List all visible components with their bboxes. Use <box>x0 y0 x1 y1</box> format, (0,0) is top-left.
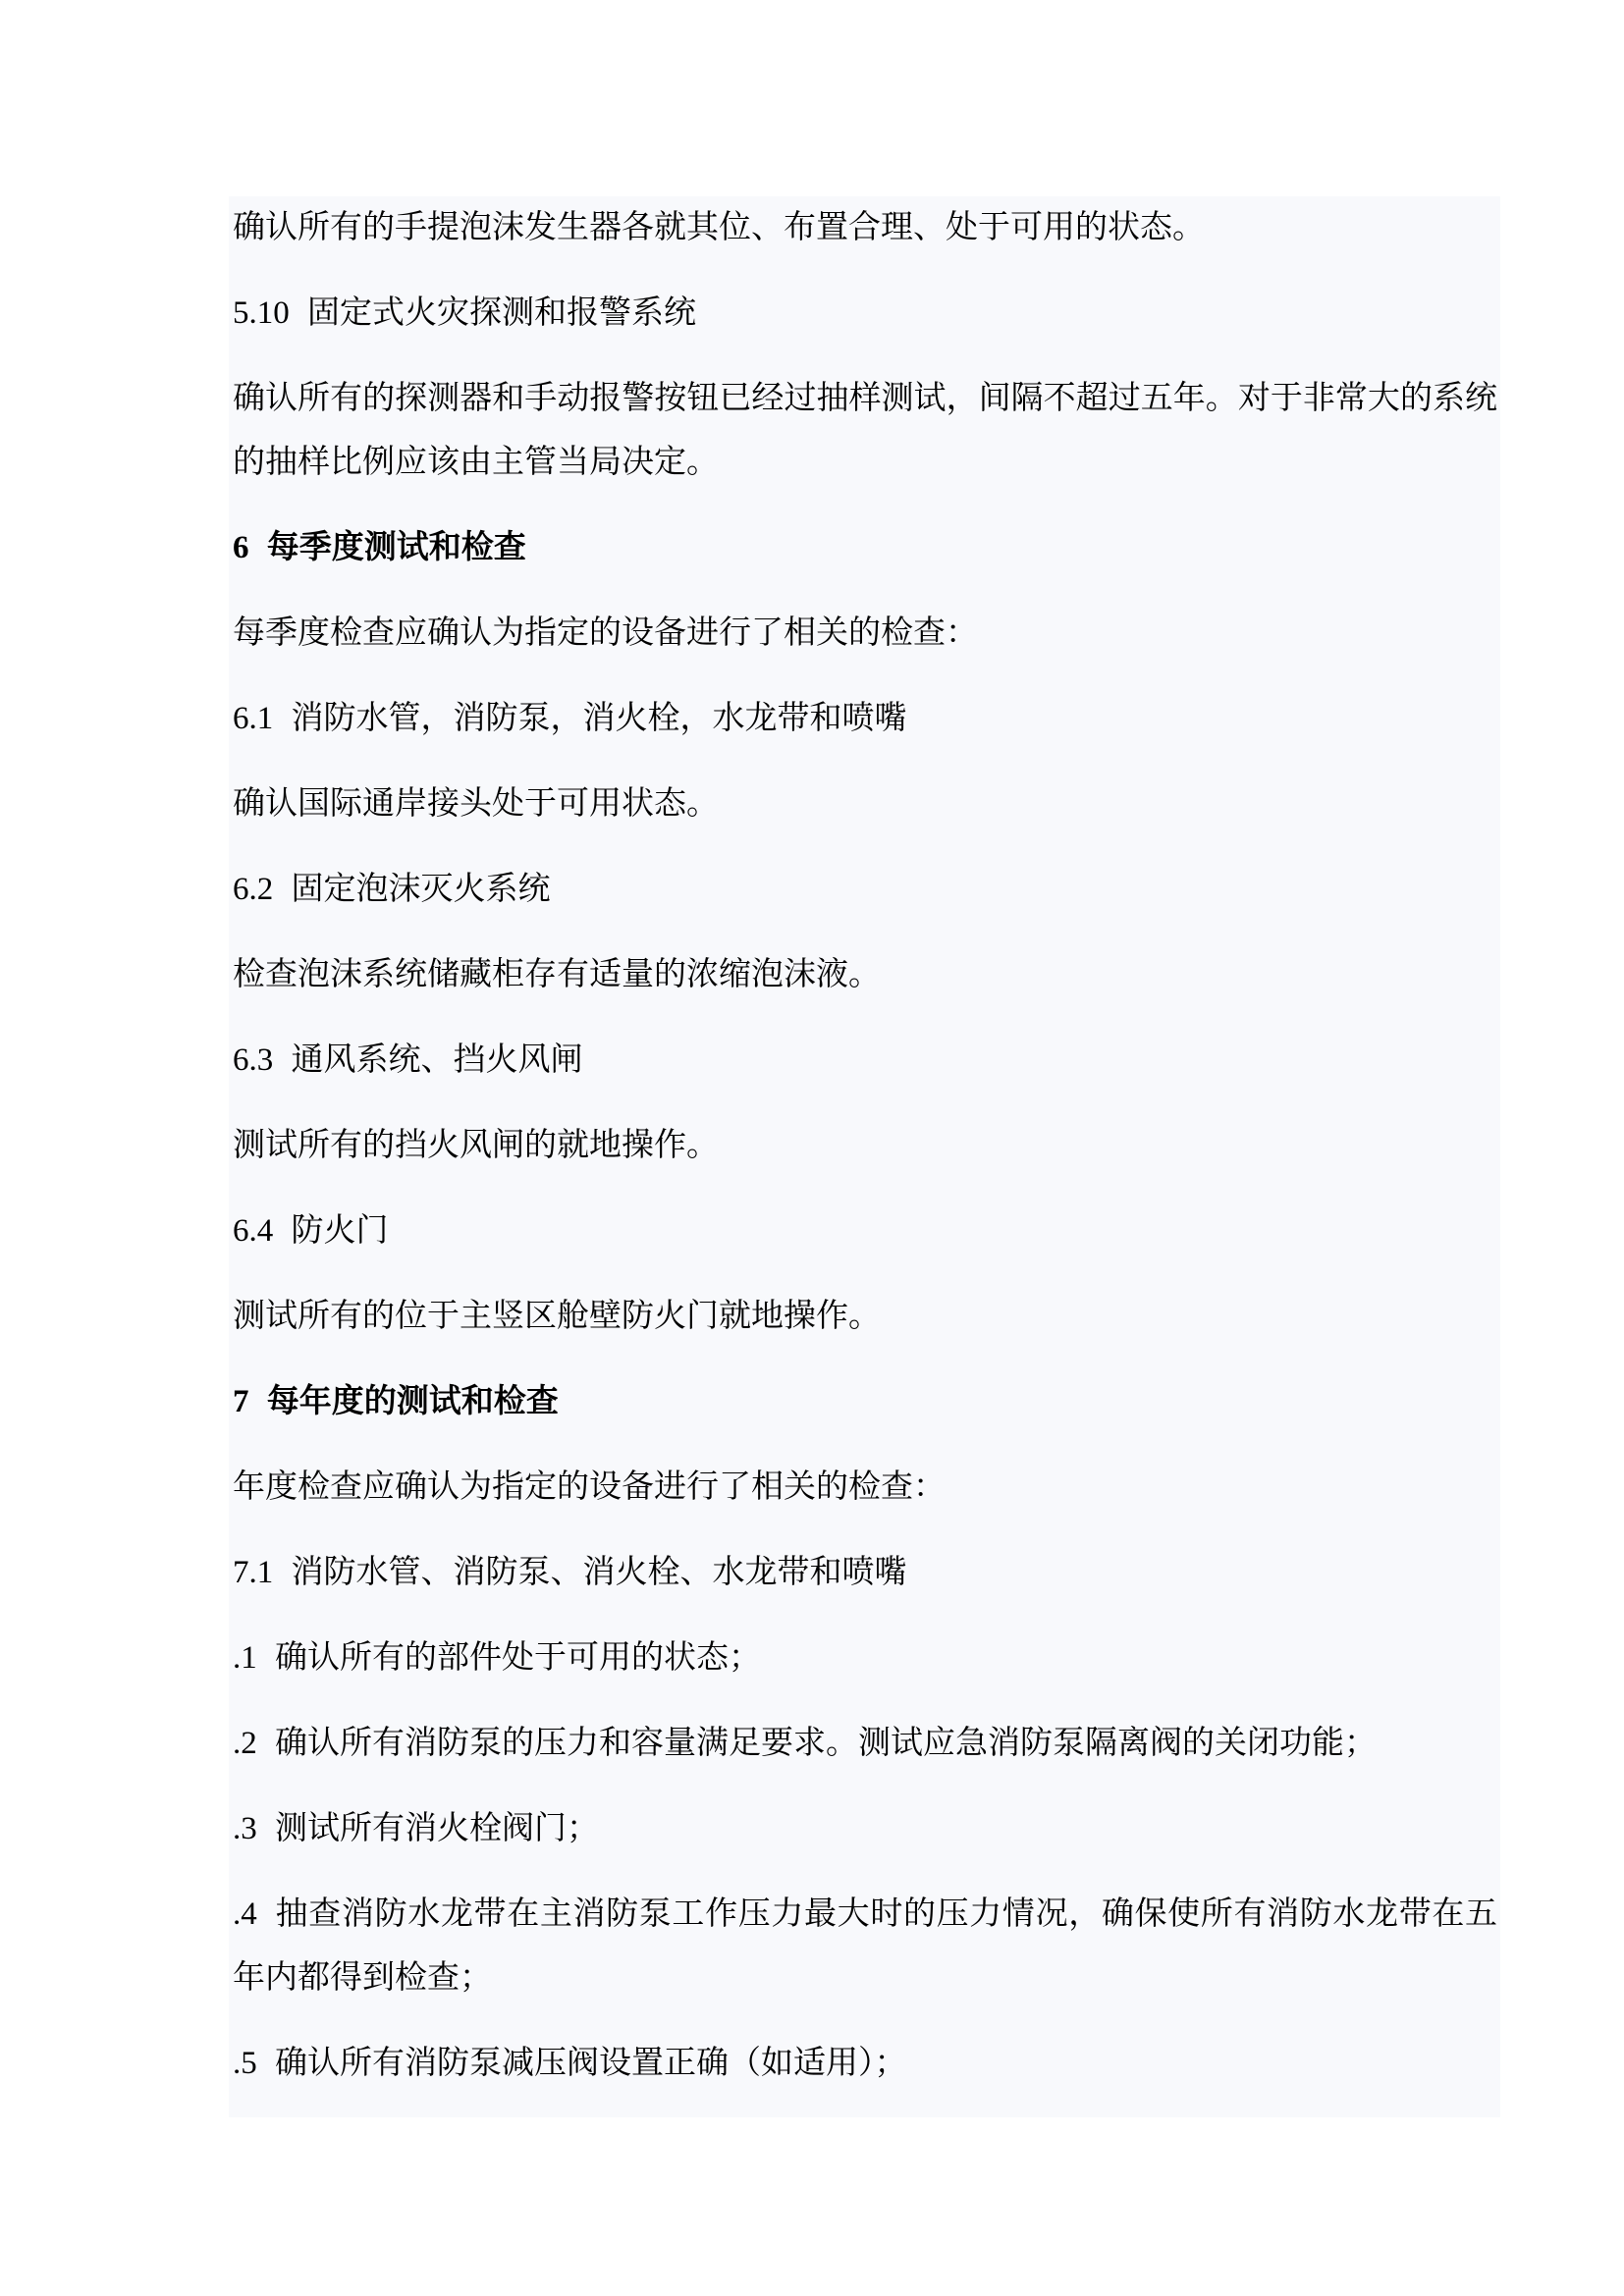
section-number-5-10: 5.10 固定式火灾探测和报警系统 <box>233 282 1497 346</box>
list-item-3: .3 测试所有消火栓阀门； <box>233 1797 1497 1861</box>
list-item-5: .5 确认所有消防泵减压阀设置正确（如适用）； <box>233 2032 1497 2096</box>
document-page: 确认所有的手提泡沫发生器各就其位、布置合理、处于可用的状态。 5.10 固定式火… <box>0 0 1624 2296</box>
paragraph: 每季度检查应确认为指定的设备进行了相关的检查： <box>233 602 1497 666</box>
document-body: 确认所有的手提泡沫发生器各就其位、布置合理、处于可用的状态。 5.10 固定式火… <box>229 196 1500 2117</box>
paragraph: 确认所有的手提泡沫发生器各就其位、布置合理、处于可用的状态。 <box>233 196 1497 260</box>
list-item-4: .4 抽查消防水龙带在主消防泵工作压力最大时的压力情况，确保使所有消防水龙带在五… <box>233 1883 1497 2010</box>
paragraph: 测试所有的挡火风闸的就地操作。 <box>233 1114 1497 1178</box>
section-number-6-2: 6.2 固定泡沫灭火系统 <box>233 858 1497 922</box>
section-heading-6: 6 每季度测试和检查 <box>233 516 1497 580</box>
paragraph: 确认国际通岸接头处于可用状态。 <box>233 773 1497 836</box>
section-number-7-1: 7.1 消防水管、消防泵、消火栓、水龙带和喷嘴 <box>233 1541 1497 1605</box>
section-number-6-1: 6.1 消防水管，消防泵，消火栓，水龙带和喷嘴 <box>233 687 1497 751</box>
paragraph: 测试所有的位于主竖区舱壁防火门就地操作。 <box>233 1285 1497 1349</box>
section-number-6-3: 6.3 通风系统、挡火风闸 <box>233 1029 1497 1093</box>
paragraph: 确认所有的探测器和手动报警按钮已经过抽样测试，间隔不超过五年。对于非常大的系统的… <box>233 367 1497 495</box>
section-number-6-4: 6.4 防火门 <box>233 1200 1497 1263</box>
list-item-1: .1 确认所有的部件处于可用的状态； <box>233 1627 1497 1690</box>
paragraph: 年度检查应确认为指定的设备进行了相关的检查： <box>233 1456 1497 1520</box>
section-heading-7: 7 每年度的测试和检查 <box>233 1370 1497 1434</box>
list-item-2: .2 确认所有消防泵的压力和容量满足要求。测试应急消防泵隔离阀的关闭功能； <box>233 1712 1497 1776</box>
paragraph: 检查泡沫系统储藏柜存有适量的浓缩泡沫液。 <box>233 943 1497 1007</box>
